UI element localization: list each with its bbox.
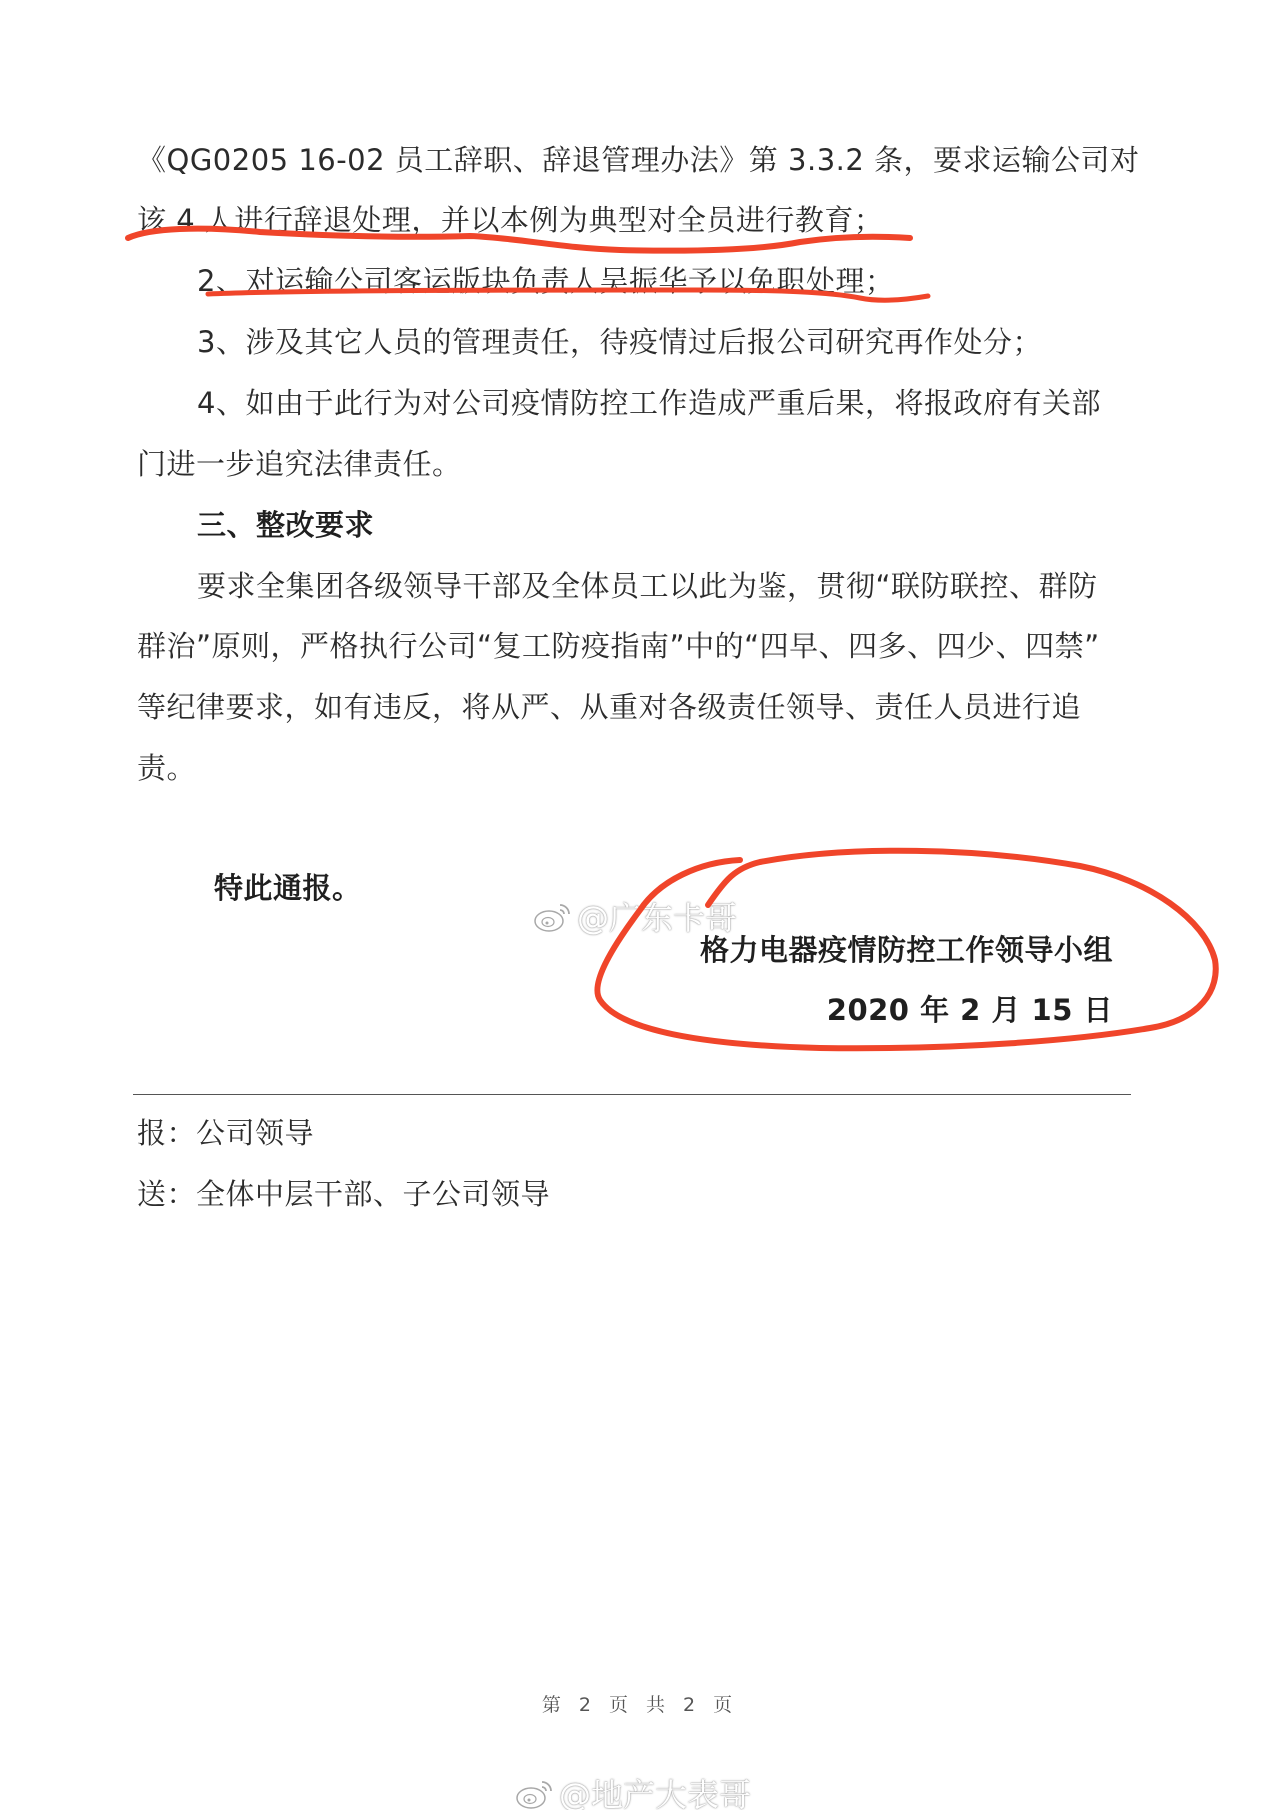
text-line-clause-reference: 《QG0205 16-02 员工辞职、辞退管理办法》第 3.3.2 条，要求运输… (137, 140, 1140, 180)
list-item-2: 2、对运输公司客运版块负责人吴振华予以免职处理； (197, 261, 894, 301)
distribution-report-to: 报：公司领导 (137, 1113, 314, 1153)
signature-organization: 格力电器疫情防控工作领导小组 (700, 930, 1113, 970)
page-number-footer: 第 2 页 共 2 页 (0, 1690, 1280, 1717)
distribution-send-to: 送：全体中层干部、子公司领导 (137, 1174, 550, 1214)
paragraph-line: 责。 (137, 748, 196, 788)
list-item-4: 4、如由于此行为对公司疫情防控工作造成严重后果，将报政府有关部 (197, 383, 1101, 423)
signature-date: 2020 年 2 月 15 日 (827, 990, 1113, 1030)
section-heading-rectification: 三、整改要求 (197, 505, 374, 545)
list-item-3: 3、涉及其它人员的管理责任，待疫情过后报公司研究再作处分； (197, 322, 1042, 362)
watermark-bottom: @地产大表哥 (515, 1770, 751, 1810)
watermark-bottom-text: @地产大表哥 (559, 1776, 751, 1810)
weibo-icon (515, 1776, 555, 1810)
list-item-4-continued: 门进一步追究法律责任。 (137, 444, 462, 484)
closing-statement: 特此通报。 (214, 868, 362, 908)
weibo-icon (533, 899, 573, 941)
text-line-dismissal: 该 4 人进行辞退处理，并以本例为典型对全员进行教育； (137, 200, 883, 240)
paragraph-line: 群治”原则，严格执行公司“复工防疫指南”中的“四早、四多、四少、四禁” (137, 626, 1100, 666)
paragraph-line: 等纪律要求，如有违反，将从严、从重对各级责任领导、责任人员进行追 (137, 687, 1081, 727)
divider-rule (133, 1094, 1131, 1095)
paragraph-line: 要求全集团各级领导干部及全体员工以此为鉴，贯彻“联防联控、群防 (197, 566, 1098, 606)
